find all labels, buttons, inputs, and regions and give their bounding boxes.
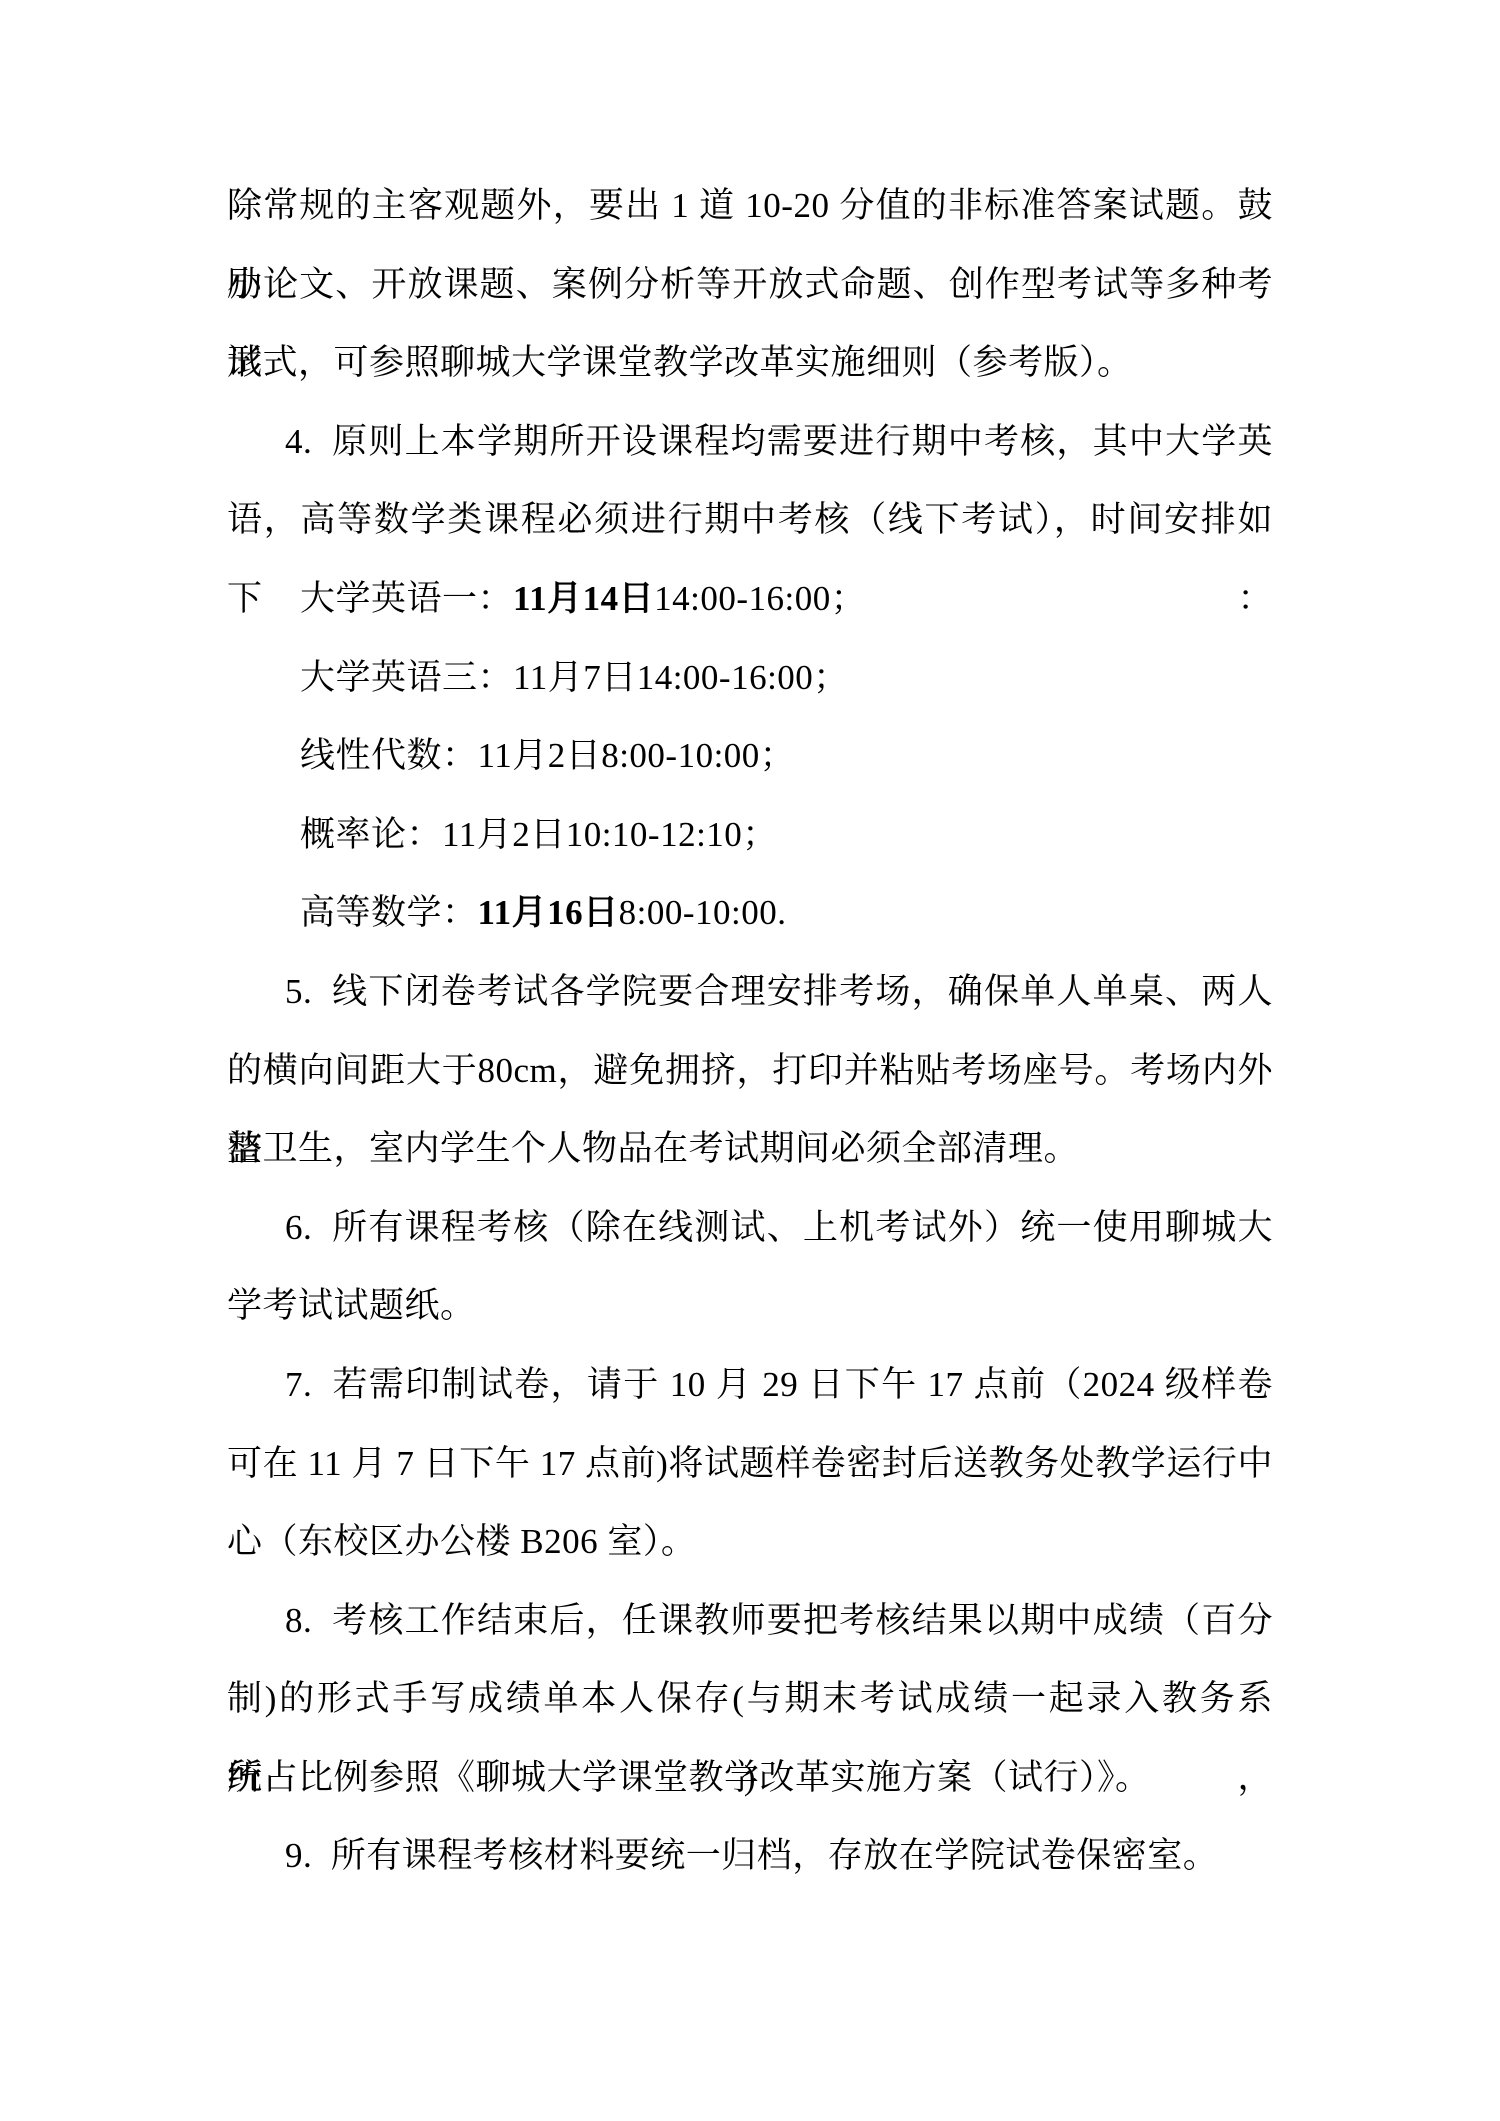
text-segment: 6. 所有课程考核（除在线测试、上机考试外）统一使用聊城大: [285, 1208, 1273, 1247]
text-segment: 可在 11 月 7 日下午 17 点前)将试题样卷密封后送教务处教学运行中: [227, 1444, 1273, 1483]
text-line: 洁卫生，室内学生个人物品在考试期间必须全部清理。: [227, 1110, 1273, 1189]
text-line: 5. 线下闭卷考试各学院要合理安排考场，确保单人单桌、两人: [227, 953, 1273, 1032]
bold-date-text: 11月14日: [513, 579, 654, 618]
document-text-column: 除常规的主客观题外，要出 1 道 10-20 分值的非标准答案试题。鼓励小论文、…: [227, 167, 1273, 1896]
text-line: 语，高等数学类课程必须进行期中考核（线下考试），时间安排如下：: [227, 481, 1273, 560]
text-line: 大学英语三：11月7日14:00-16:00；: [227, 639, 1273, 718]
text-line: 线性代数：11月2日8:00-10:00；: [227, 717, 1273, 796]
text-segment: 8. 考核工作结束后，任课教师要把考核结果以期中成绩（百分: [285, 1601, 1273, 1640]
text-line: 概率论：11月2日10:10-12:10；: [227, 796, 1273, 875]
text-line: 的横向间距大于80cm，避免拥挤，打印并粘贴考场座号。考场内外整: [227, 1032, 1273, 1111]
text-line: 8. 考核工作结束后，任课教师要把考核结果以期中成绩（百分: [227, 1582, 1273, 1661]
text-segment: 心（东校区办公楼 B206 室）。: [227, 1522, 696, 1561]
text-segment: 大学英语三：11月7日14:00-16:00；: [300, 658, 849, 697]
text-line: 9. 所有课程考核材料要统一归档，存放在学院试卷保密室。: [227, 1817, 1273, 1896]
text-line: 高等数学：11月16日8:00-10:00.: [227, 874, 1273, 953]
text-segment: 线性代数：11月2日8:00-10:00；: [300, 736, 795, 775]
document-page: 除常规的主客观题外，要出 1 道 10-20 分值的非标准答案试题。鼓励小论文、…: [0, 0, 1500, 2121]
text-segment: 高等数学：: [300, 893, 478, 932]
text-segment: 形式，可参照聊城大学课堂教学改革实施细则（参考版）。: [227, 343, 1133, 382]
text-line: 7. 若需印制试卷，请于 10 月 29 日下午 17 点前（2024 级样卷: [227, 1346, 1273, 1425]
text-segment: 9. 所有课程考核材料要统一归档，存放在学院试卷保密室。: [285, 1836, 1218, 1875]
text-line: 学考试试题纸。: [227, 1267, 1273, 1346]
text-segment: 所占比例参照《聊城大学课堂教学改革实施方案（试行）》。: [227, 1758, 1151, 1797]
text-segment: 学考试试题纸。: [227, 1286, 476, 1325]
text-segment: 14:00-16:00；: [654, 579, 866, 618]
text-segment: 大学英语一：: [300, 579, 513, 618]
text-line: 除常规的主客观题外，要出 1 道 10-20 分值的非标准答案试题。鼓励: [227, 167, 1273, 246]
bold-date-text: 11月16日: [478, 893, 619, 932]
text-line: 制)的形式手写成绩单本人保存(与期末考试成绩一起录入教务系统)，: [227, 1660, 1273, 1739]
text-line: 小论文、开放课题、案例分析等开放式命题、创作型考试等多种考试: [227, 246, 1273, 325]
text-line: 4. 原则上本学期所开设课程均需要进行期中考核，其中大学英: [227, 403, 1273, 482]
text-segment: 7. 若需印制试卷，请于 10 月 29 日下午 17 点前（2024 级样卷: [285, 1365, 1273, 1404]
text-line: 可在 11 月 7 日下午 17 点前)将试题样卷密封后送教务处教学运行中: [227, 1425, 1273, 1504]
text-segment: 8:00-10:00.: [619, 893, 787, 932]
text-line: 所占比例参照《聊城大学课堂教学改革实施方案（试行）》。: [227, 1739, 1273, 1818]
text-segment: 概率论：11月2日10:10-12:10；: [300, 815, 778, 854]
text-segment: 5. 线下闭卷考试各学院要合理安排考场，确保单人单桌、两人: [285, 972, 1273, 1011]
text-line: 形式，可参照聊城大学课堂教学改革实施细则（参考版）。: [227, 324, 1273, 403]
text-segment: 洁卫生，室内学生个人物品在考试期间必须全部清理。: [227, 1129, 1079, 1168]
text-line: 心（东校区办公楼 B206 室）。: [227, 1503, 1273, 1582]
text-segment: 4. 原则上本学期所开设课程均需要进行期中考核，其中大学英: [285, 422, 1273, 461]
text-line: 6. 所有课程考核（除在线测试、上机考试外）统一使用聊城大: [227, 1189, 1273, 1268]
